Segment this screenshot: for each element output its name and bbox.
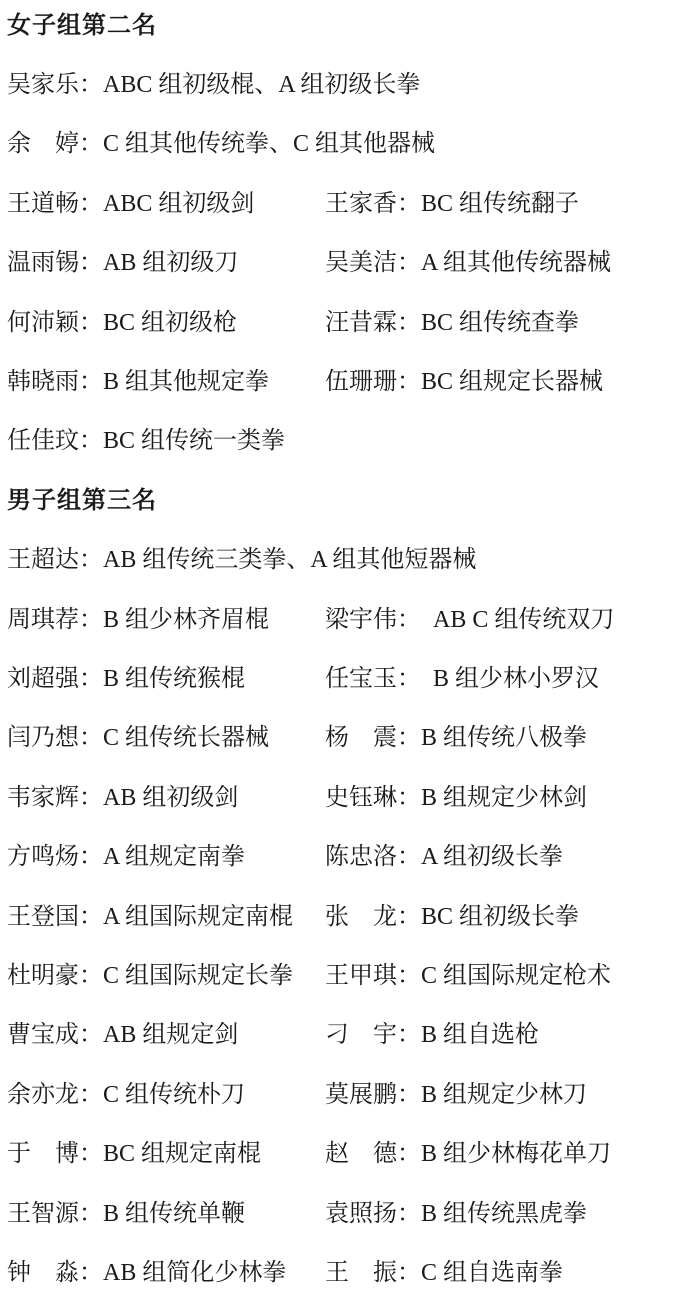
event-name: A 组初级长拳 [421, 844, 563, 870]
event-name: C 组自选南拳 [421, 1260, 563, 1286]
event-name: BC 组初级长拳 [421, 904, 579, 930]
competitor-entry: 伍珊珊：BC 组规定长器械 [325, 370, 603, 394]
competitor-name: 史钰琳 [325, 785, 397, 811]
section-heading: 男子组第三名 [7, 471, 692, 530]
competitor-entry: 韩晓雨：B 组其他规定拳 [7, 370, 325, 394]
event-name: C 组国际规定枪术 [421, 963, 611, 989]
competitor-name: 王家香 [325, 191, 397, 217]
event-name: C 组其他传统拳、C 组其他器械 [103, 131, 435, 157]
colon-separator: ： [79, 72, 103, 98]
event-name: B 组其他规定拳 [103, 369, 269, 395]
event-name: B 组规定少林刀 [421, 1082, 587, 1108]
event-name: C 组传统长器械 [103, 725, 269, 751]
result-row: 刘超强：B 组传统猴棍任宝玉： B 组少林小罗汉 [7, 649, 692, 708]
competitor-name: 王超达 [7, 547, 79, 573]
result-row: 韦家辉：AB 组初级剑史钰琳：B 组规定少林剑 [7, 768, 692, 827]
competitor-name: 汪昔霖 [325, 310, 397, 336]
colon-separator: ： [397, 725, 421, 751]
competitor-entry: 王智源：B 组传统单鞭 [7, 1202, 325, 1226]
event-name: AB 组简化少林拳 [103, 1260, 286, 1286]
competitor-name: 杨 震 [325, 725, 397, 751]
result-row: 杜明豪：C 组国际规定长拳王甲琪：C 组国际规定枪术 [7, 946, 692, 1005]
competitor-entry: 杨 震：B 组传统八极拳 [325, 726, 587, 750]
competitor-name: 赵 德 [325, 1141, 397, 1167]
competitor-entry: 任宝玉： B 组少林小罗汉 [325, 667, 599, 691]
colon-separator: ： [79, 607, 103, 633]
colon-separator: ： [79, 131, 103, 157]
competitor-name: 曹宝成 [7, 1022, 79, 1048]
competitor-name: 王登国 [7, 904, 79, 930]
section-heading: 女子组第二名 [7, 0, 692, 55]
result-row: 何沛颖：BC 组初级枪汪昔霖：BC 组传统查拳 [7, 293, 692, 352]
competitor-entry: 汪昔霖：BC 组传统查拳 [325, 311, 579, 335]
colon-separator: ： [79, 310, 103, 336]
colon-separator: ： [79, 1201, 103, 1227]
competitor-entry: 韦家辉：AB 组初级剑 [7, 786, 325, 810]
colon-separator: ： [79, 844, 103, 870]
colon-separator: ： [79, 725, 103, 751]
colon-separator: ： [397, 1260, 421, 1286]
competitor-entry: 何沛颖：BC 组初级枪 [7, 311, 325, 335]
competitor-name: 任宝玉 [325, 666, 397, 692]
event-name: ABC 组初级剑 [103, 191, 254, 217]
result-row: 于 博：BC 组规定南棍赵 德：B 组少林梅花单刀 [7, 1124, 692, 1183]
competitor-name: 杜明豪 [7, 963, 79, 989]
competitor-name: 王 振 [325, 1260, 397, 1286]
result-row: 曹宝成：AB 组规定剑刁 宇：B 组自选枪 [7, 1006, 692, 1065]
result-row: 钟 淼：AB 组简化少林拳王 振：C 组自选南拳 [7, 1243, 692, 1297]
colon-separator: ： [79, 666, 103, 692]
result-row: 温雨锡：AB 组初级刀吴美洁：A 组其他传统器械 [7, 234, 692, 293]
event-name: A 组其他传统器械 [421, 250, 611, 276]
result-row: 余亦龙：C 组传统朴刀莫展鹏：B 组规定少林刀 [7, 1065, 692, 1124]
colon-separator: ： [79, 369, 103, 395]
event-name: B 组规定少林剑 [421, 785, 587, 811]
competitor-entry: 温雨锡：AB 组初级刀 [7, 251, 325, 275]
competitor-entry: 赵 德：B 组少林梅花单刀 [325, 1142, 611, 1166]
competitor-name: 周琪荐 [7, 607, 79, 633]
colon-separator: ： [79, 547, 103, 573]
colon-separator: ： [397, 904, 421, 930]
competitor-entry: 任佳玟：BC 组传统一类拳 [7, 429, 285, 453]
competitor-entry: 余 婷：C 组其他传统拳、C 组其他器械 [7, 132, 435, 156]
result-row: 王智源：B 组传统单鞭袁照扬：B 组传统黑虎拳 [7, 1184, 692, 1243]
result-row: 周琪荐：B 组少林齐眉棍梁宇伟： AB C 组传统双刀 [7, 590, 692, 649]
colon-separator: ： [397, 369, 421, 395]
colon-separator: ： [397, 963, 421, 989]
competitor-name: 余 婷 [7, 131, 79, 157]
colon-separator: ： [397, 1201, 421, 1227]
competitor-name: 任佳玟 [7, 428, 79, 454]
colon-separator: ： [79, 904, 103, 930]
event-name: AB 组规定剑 [103, 1022, 238, 1048]
event-name: A 组国际规定南棍 [103, 904, 293, 930]
colon-separator: ： [79, 250, 103, 276]
competitor-name: 袁照扬 [325, 1201, 397, 1227]
competitor-entry: 王道畅：ABC 组初级剑 [7, 192, 325, 216]
event-name: BC 组传统查拳 [421, 310, 579, 336]
colon-separator: ： [79, 1141, 103, 1167]
event-name: ABC 组初级棍、A 组初级长拳 [103, 72, 420, 98]
event-name: B 组传统单鞭 [103, 1201, 245, 1227]
colon-separator: ： [397, 666, 409, 692]
event-name: BC 组规定长器械 [421, 369, 603, 395]
colon-separator: ： [397, 844, 421, 870]
competitor-entry: 王 振：C 组自选南拳 [325, 1261, 563, 1285]
competitor-name: 刘超强 [7, 666, 79, 692]
colon-separator: ： [397, 1141, 421, 1167]
event-name: B 组少林梅花单刀 [421, 1141, 611, 1167]
event-name: C 组传统朴刀 [103, 1082, 245, 1108]
competitor-entry: 史钰琳：B 组规定少林剑 [325, 786, 587, 810]
colon-separator: ： [79, 428, 103, 454]
competitor-entry: 王甲琪：C 组国际规定枪术 [325, 964, 611, 988]
event-name: AB 组初级剑 [103, 785, 238, 811]
event-name: AB 组初级刀 [103, 250, 238, 276]
colon-separator: ： [397, 607, 409, 633]
colon-separator: ： [397, 191, 421, 217]
document-content: 女子组第二名吴家乐：ABC 组初级棍、A 组初级长拳余 婷：C 组其他传统拳、C… [7, 0, 692, 1297]
colon-separator: ： [397, 785, 421, 811]
competitor-name: 伍珊珊 [325, 369, 397, 395]
competitor-entry: 张 龙：BC 组初级长拳 [325, 905, 579, 929]
competitor-entry: 闫乃想：C 组传统长器械 [7, 726, 325, 750]
colon-separator: ： [397, 310, 421, 336]
competitor-entry: 钟 淼：AB 组简化少林拳 [7, 1261, 325, 1285]
event-name: C 组国际规定长拳 [103, 963, 293, 989]
competitor-name: 余亦龙 [7, 1082, 79, 1108]
competitor-name: 方鸣炀 [7, 844, 79, 870]
competitor-entry: 莫展鹏：B 组规定少林刀 [325, 1083, 587, 1107]
event-name: B 组自选枪 [421, 1022, 539, 1048]
event-name: B 组少林小罗汉 [409, 666, 599, 692]
event-name: A 组规定南拳 [103, 844, 245, 870]
colon-separator: ： [79, 785, 103, 811]
colon-separator: ： [397, 1022, 421, 1048]
event-name: B 组少林齐眉棍 [103, 607, 269, 633]
competitor-entry: 陈忠洛：A 组初级长拳 [325, 845, 563, 869]
event-name: AB C 组传统双刀 [409, 607, 614, 633]
result-row: 王登国：A 组国际规定南棍张 龙：BC 组初级长拳 [7, 887, 692, 946]
competitor-name: 吴家乐 [7, 72, 79, 98]
results-document-page: 女子组第二名吴家乐：ABC 组初级棍、A 组初级长拳余 婷：C 组其他传统拳、C… [0, 0, 700, 1297]
competitor-name: 钟 淼 [7, 1260, 79, 1286]
result-row: 闫乃想：C 组传统长器械杨 震：B 组传统八极拳 [7, 709, 692, 768]
colon-separator: ： [397, 1082, 421, 1108]
competitor-name: 温雨锡 [7, 250, 79, 276]
competitor-entry: 曹宝成：AB 组规定剑 [7, 1023, 325, 1047]
competitor-name: 于 博 [7, 1141, 79, 1167]
colon-separator: ： [79, 963, 103, 989]
result-row: 任佳玟：BC 组传统一类拳 [7, 412, 692, 471]
competitor-name: 莫展鹏 [325, 1082, 397, 1108]
competitor-entry: 吴家乐：ABC 组初级棍、A 组初级长拳 [7, 73, 420, 97]
event-name: B 组传统八极拳 [421, 725, 587, 751]
result-row: 王超达：AB 组传统三类拳、A 组其他短器械 [7, 531, 692, 590]
competitor-entry: 余亦龙：C 组传统朴刀 [7, 1083, 325, 1107]
competitor-entry: 刘超强：B 组传统猴棍 [7, 667, 325, 691]
competitor-name: 闫乃想 [7, 725, 79, 751]
result-row: 余 婷：C 组其他传统拳、C 组其他器械 [7, 115, 692, 174]
competitor-entry: 吴美洁：A 组其他传统器械 [325, 251, 611, 275]
event-name: AB 组传统三类拳、A 组其他短器械 [103, 547, 476, 573]
competitor-name: 何沛颖 [7, 310, 79, 336]
competitor-entry: 刁 宇：B 组自选枪 [325, 1023, 539, 1047]
competitor-entry: 方鸣炀：A 组规定南拳 [7, 845, 325, 869]
colon-separator: ： [79, 1082, 103, 1108]
competitor-name: 陈忠洛 [325, 844, 397, 870]
result-row: 方鸣炀：A 组规定南拳陈忠洛：A 组初级长拳 [7, 827, 692, 886]
result-row: 吴家乐：ABC 组初级棍、A 组初级长拳 [7, 55, 692, 114]
competitor-name: 王甲琪 [325, 963, 397, 989]
colon-separator: ： [79, 191, 103, 217]
competitor-name: 韩晓雨 [7, 369, 79, 395]
event-name: BC 组传统一类拳 [103, 428, 285, 454]
competitor-name: 吴美洁 [325, 250, 397, 276]
event-name: BC 组规定南棍 [103, 1141, 261, 1167]
competitor-entry: 周琪荐：B 组少林齐眉棍 [7, 608, 325, 632]
competitor-entry: 王登国：A 组国际规定南棍 [7, 905, 325, 929]
competitor-name: 刁 宇 [325, 1022, 397, 1048]
event-name: B 组传统猴棍 [103, 666, 245, 692]
competitor-entry: 王超达：AB 组传统三类拳、A 组其他短器械 [7, 548, 476, 572]
competitor-name: 张 龙 [325, 904, 397, 930]
colon-separator: ： [79, 1022, 103, 1048]
colon-separator: ： [79, 1260, 103, 1286]
competitor-name: 韦家辉 [7, 785, 79, 811]
competitor-name: 王道畅 [7, 191, 79, 217]
competitor-entry: 王家香：BC 组传统翻子 [325, 192, 579, 216]
event-name: BC 组初级枪 [103, 310, 237, 336]
event-name: BC 组传统翻子 [421, 191, 579, 217]
event-name: B 组传统黑虎拳 [421, 1201, 587, 1227]
colon-separator: ： [397, 250, 421, 276]
result-row: 韩晓雨：B 组其他规定拳伍珊珊：BC 组规定长器械 [7, 352, 692, 411]
competitor-entry: 梁宇伟： AB C 组传统双刀 [325, 608, 614, 632]
competitor-name: 梁宇伟 [325, 607, 397, 633]
competitor-entry: 于 博：BC 组规定南棍 [7, 1142, 325, 1166]
competitor-name: 王智源 [7, 1201, 79, 1227]
competitor-entry: 杜明豪：C 组国际规定长拳 [7, 964, 325, 988]
competitor-entry: 袁照扬：B 组传统黑虎拳 [325, 1202, 587, 1226]
result-row: 王道畅：ABC 组初级剑王家香：BC 组传统翻子 [7, 174, 692, 233]
